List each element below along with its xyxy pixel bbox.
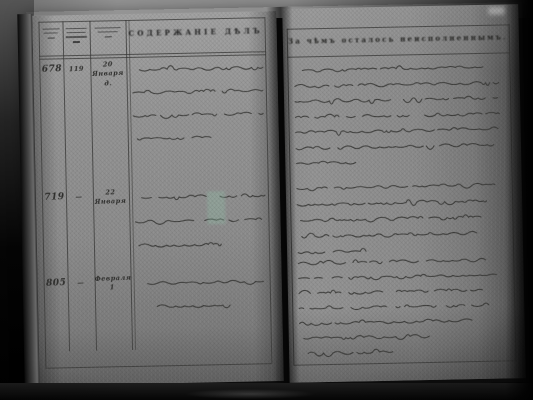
background-right-shadow [505, 0, 533, 400]
right-page: За чѣмъ осталось неисполненнымъ. [282, 4, 525, 383]
handwriting-line [146, 273, 265, 288]
handwriting-line [295, 154, 357, 168]
entry-date-line1: 20 [90, 60, 125, 69]
handwriting-line [307, 344, 394, 359]
handwriting-line [132, 82, 264, 98]
photo-scene: СОДЕРЖАНІЕ ДѢЛЪ 67811920Январяд.719—22Ян… [0, 0, 533, 400]
entry-date-flourish: д. [91, 79, 126, 88]
column-header-smallprint-1 [41, 25, 61, 39]
column-header-smallprint-3 [92, 24, 124, 38]
handwriting-line [134, 187, 266, 203]
entry-date-line2: Января [90, 69, 125, 78]
column-header-smallprint-2 [65, 25, 88, 43]
entry-ref-number: — [69, 279, 93, 288]
entry-date-line1: 22 [93, 188, 128, 197]
entry-number: 805 [46, 278, 67, 289]
entry-ref-number: — [67, 193, 91, 202]
handwriting-line [156, 297, 235, 312]
handwriting-line [303, 328, 431, 344]
entry-date-line1: Февраля [94, 274, 129, 283]
entry-ref-number: 119 [64, 65, 88, 74]
scan-artifact-green-patch [207, 191, 226, 224]
handwriting-line [133, 129, 212, 144]
entry-date-line2: Января [93, 197, 128, 206]
page-number-smudge [488, 6, 504, 14]
desk-smudge [185, 389, 315, 399]
entry-number: 719 [44, 192, 65, 203]
handwriting-line [132, 105, 264, 121]
handwriting-line [137, 236, 221, 251]
handwriting-line [134, 211, 262, 227]
open-register-book: СОДЕРЖАНІЕ ДѢЛЪ 67811920Январяд.719—22Ян… [26, 2, 530, 392]
entry-number: 678 [41, 64, 62, 75]
left-page: СОДЕРЖАНІЕ ДѢЛЪ 67811920Январяд.719—22Ян… [32, 11, 283, 386]
entry-date-line2: 1 [95, 283, 130, 292]
handwriting-line [138, 59, 263, 75]
